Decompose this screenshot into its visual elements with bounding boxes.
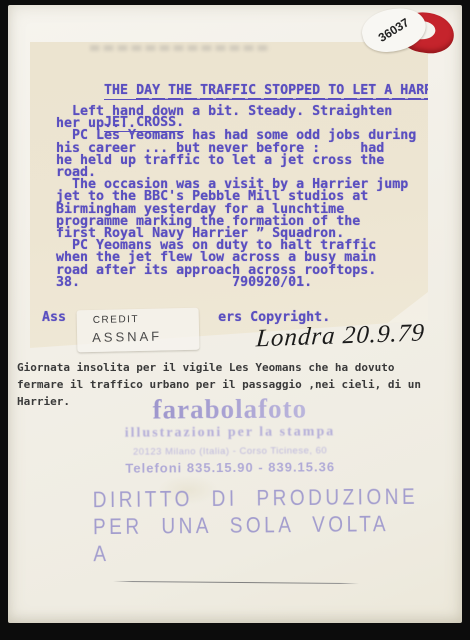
text-line: he held up traffic to let a jet cross th… xyxy=(56,155,416,167)
archive-number: 36037 xyxy=(376,15,412,45)
agency-stamp: farabolafoto illustrazioni per la stampa… xyxy=(100,395,361,476)
agency-stamp-phones: Telefoni 835.15.90 - 839.15.36 xyxy=(100,459,360,476)
text-line: Giornata insolita per il vigile Les Yeom… xyxy=(17,359,421,376)
text-line: 38. 790920/01. xyxy=(56,277,416,289)
typed-caption-card: THE DAY THE TRAFFIC STOPPED TO LET A HAR… xyxy=(30,42,428,348)
agency-stamp-name: farabolafoto xyxy=(100,395,360,423)
rights-stamp: DIRITTO DI PRODUZIONE PER UNA SOLA VOLTA… xyxy=(93,481,419,565)
rights-stamp-line-3: A xyxy=(93,535,419,570)
agency-stamp-tagline: illustrazioni per la stampa xyxy=(100,424,360,442)
scanned-photo-back: THE DAY THE TRAFFIC STOPPED TO LET A HAR… xyxy=(0,0,470,640)
typed-body: Left hand down a bit. Steady. Straighten… xyxy=(56,106,416,289)
credit-sticker: CREDIT ASSNAF xyxy=(77,308,200,353)
credit-sticker-agency: ASSNAF xyxy=(92,328,162,344)
agency-stamp-address: 20123 Milano (Italia) - Corso Ticinese, … xyxy=(100,445,360,458)
ink-smudge xyxy=(90,45,270,51)
text-line: fermare il traffico urbano per il passag… xyxy=(17,376,421,393)
credit-sticker-label: CREDIT xyxy=(93,314,139,326)
heading-underline xyxy=(136,98,428,100)
